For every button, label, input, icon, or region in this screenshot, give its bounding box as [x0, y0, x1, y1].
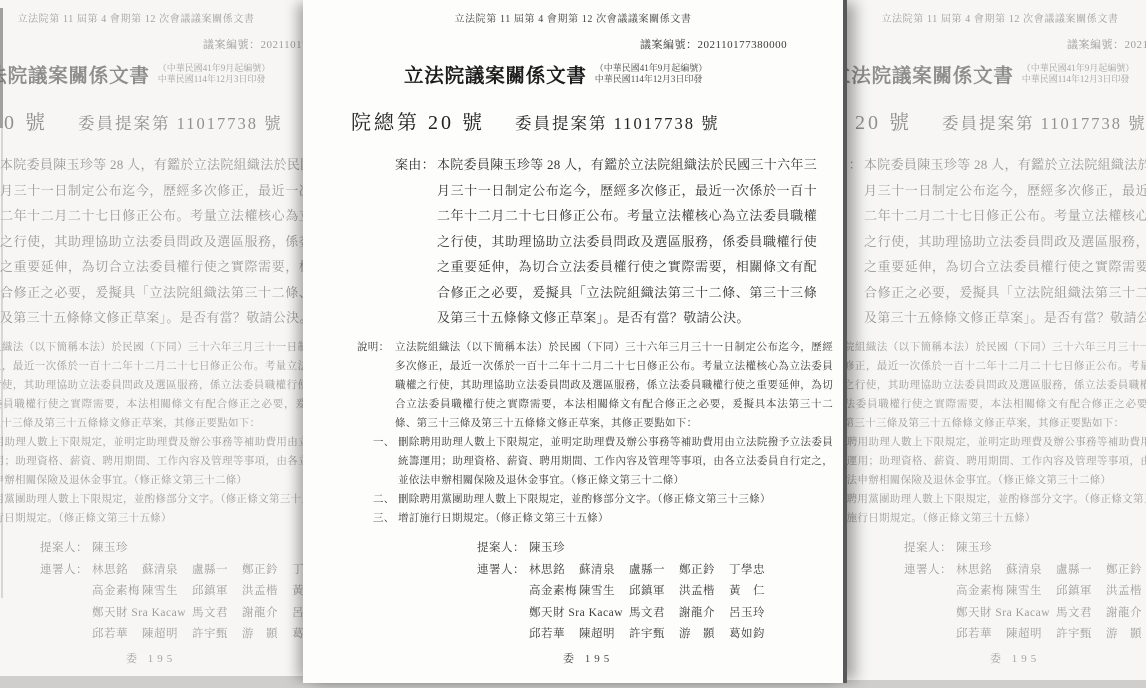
- description-paragraph: 說明： 立法院組織法（以下簡稱本法）於民國（下同）三十六年三月三十一日制定公布迄…: [357, 338, 833, 433]
- signer-name: 洪孟楷: [679, 581, 729, 603]
- signer-name: 蘇清泉: [579, 560, 629, 582]
- signer-name: 盧縣一: [629, 560, 679, 582]
- signer-name: 鄭天財 Sra Kacaw: [956, 603, 1056, 625]
- proposer-line: 提案人： 陳玉珍: [904, 538, 1146, 560]
- cosigner-row: 林思銘蘇清泉盧縣一鄭正鈐丁學忠: [529, 560, 779, 582]
- signer-name: 鄭天財 Sra Kacaw: [92, 603, 192, 625]
- signature-section: 提案人： 陳玉珍 連署人： 林思銘蘇清泉盧縣一鄭正鈐丁學忠高金素梅陳雪生邱鎮軍洪…: [477, 538, 779, 646]
- docket-number: 院總第 20 號: [351, 112, 485, 134]
- signer-name: 邱若華: [92, 624, 142, 646]
- signer-name: 游 顥: [1106, 624, 1146, 646]
- proposal-number: 委員提案第 11017738 號: [78, 114, 283, 133]
- document-page-content: 立法院第 11 屆第 4 會期第 12 次會議議案關係文書 議案編號：20211…: [303, 0, 843, 683]
- signer-name: 邱若華: [956, 624, 1006, 646]
- document-title: 立法院議案關係文書: [831, 60, 1014, 88]
- signer-name: 許宇甄: [629, 624, 679, 646]
- signer-name: 邱鎮軍: [629, 581, 679, 603]
- signer-name: 林思銘: [529, 560, 579, 582]
- title-note: （中華民國41年9月起編號） 中華民國114年12月3日印發: [158, 63, 271, 85]
- description-text: 立法院組織法（以下簡稱本法）於民國（下同）三十六年三月三十一日制定公布迄今，歷經…: [822, 338, 1146, 433]
- point-item: 三、增訂施行日期規定。（修正條文第三十五條）: [357, 509, 833, 528]
- signature-section: 提案人： 陳玉珍 連署人： 林思銘蘇清泉盧縣一鄭正鈐丁學忠高金素梅陳雪生邱鎮軍洪…: [40, 538, 342, 646]
- title-note-line2: 中華民國114年12月3日印發: [595, 74, 708, 85]
- signer-name: 謝龍介: [1106, 603, 1146, 625]
- cosigners-line: 連署人： 林思銘蘇清泉盧縣一鄭正鈐丁學忠高金素梅陳雪生邱鎮軍洪孟楷黃 仁鄭天財 …: [904, 560, 1146, 646]
- signer-name: 謝龍介: [242, 603, 292, 625]
- case-label: 案由：: [395, 152, 435, 178]
- proposer-label: 提案人：: [904, 538, 956, 560]
- cosigners-grid: 林思銘蘇清泉盧縣一鄭正鈐丁學忠高金素梅陳雪生邱鎮軍洪孟楷黃 仁鄭天財 Sra K…: [529, 560, 779, 646]
- signer-name: 呂玉玲: [729, 603, 779, 625]
- points-list: 一、刪除聘用助理人數上下限規定，並明定助理費及辦公事務等補助費用由立法院撥予立法…: [357, 433, 833, 528]
- signer-name: 鄭正鈐: [679, 560, 729, 582]
- signer-name: 林思銘: [92, 560, 142, 582]
- point-text: 刪除聘用助理人數上下限規定，並明定助理費及辦公事務等補助費用由立法院撥予立法委員…: [825, 433, 1146, 490]
- signer-name: 游 顥: [679, 624, 729, 646]
- signer-name: 邱鎮軍: [1056, 581, 1106, 603]
- title-note: （中華民國41年9月起編號） 中華民國114年12月3日印發: [1022, 63, 1135, 85]
- cosigner-row: 林思銘蘇清泉盧縣一鄭正鈐丁學忠: [956, 560, 1146, 582]
- page-footer: 委 195: [126, 650, 176, 666]
- point-item: 二、刪除聘用黨團助理人數上下限規定，並酌修部分文字。（修正條文第三十三條）: [357, 490, 833, 509]
- page-footer: 委 195: [563, 650, 613, 666]
- point-text: 增訂施行日期規定。（修正條文第三十五條）: [825, 509, 1146, 528]
- signer-name: 高金素梅: [956, 581, 1006, 603]
- proposer-name: 陳玉珍: [92, 538, 128, 560]
- title-note-line1: （中華民國41年9月起編號）: [158, 63, 271, 74]
- case-text: 本院委員陳玉珍等 28 人，有鑑於立法院組織法於民國三十六年三月三十一日制定公布…: [437, 152, 817, 331]
- description-text: 立法院組織法（以下簡稱本法）於民國（下同）三十六年三月三十一日制定公布迄今，歷經…: [395, 338, 833, 433]
- title-note-line1: （中華民國41年9月起編號）: [595, 63, 708, 74]
- signer-name: 盧縣一: [192, 560, 242, 582]
- cosigners-grid: 林思銘蘇清泉盧縣一鄭正鈐丁學忠高金素梅陳雪生邱鎮軍洪孟楷黃 仁鄭天財 Sra K…: [956, 560, 1146, 646]
- signer-name: 陳超明: [1006, 624, 1056, 646]
- point-text: 刪除聘用黨團助理人數上下限規定，並酌修部分文字。（修正條文第三十三條）: [398, 490, 833, 509]
- signature-section: 提案人： 陳玉珍 連署人： 林思銘蘇清泉盧縣一鄭正鈐丁學忠高金素梅陳雪生邱鎮軍洪…: [904, 538, 1146, 646]
- proposer-label: 提案人：: [40, 538, 92, 560]
- title-row: 立法院議案關係文書 （中華民國41年9月起編號） 中華民國114年12月3日印發: [831, 60, 1134, 88]
- proposal-number: 委員提案第 11017738 號: [515, 114, 720, 133]
- point-item: 一、刪除聘用助理人數上下限規定，並明定助理費及辦公事務等補助費用由立法院撥予立法…: [357, 433, 833, 490]
- signer-name: 陳雪生: [579, 581, 629, 603]
- signer-name: 蘇清泉: [142, 560, 192, 582]
- stack-edge-mark: [0, 8, 3, 128]
- docket-row: 院總第 20 號 委員提案第 11017738 號: [351, 106, 720, 135]
- title-note-line2: 中華民國114年12月3日印發: [1022, 74, 1135, 85]
- document-title: 立法院議案關係文書: [0, 60, 150, 88]
- signer-name: 馬文君: [1056, 603, 1106, 625]
- signer-name: 許宇甄: [192, 624, 242, 646]
- point-text: 刪除聘用黨團助理人數上下限規定，並酌修部分文字。（修正條文第三十三條）: [825, 490, 1146, 509]
- signer-name: 高金素梅: [529, 581, 579, 603]
- signer-name: 邱鎮軍: [192, 581, 242, 603]
- signer-name: 葛如鈞: [729, 624, 779, 646]
- signer-name: 游 顥: [242, 624, 292, 646]
- page-current: 立法院第 11 屆第 4 會期第 12 次會議議案關係文書 議案編號：20211…: [303, 0, 847, 683]
- signer-name: 洪孟楷: [242, 581, 292, 603]
- cosigner-row: 邱若華陳超明許宇甄游 顥葛如鈞: [529, 624, 779, 646]
- signer-name: 鄭正鈐: [242, 560, 292, 582]
- signer-name: 馬文君: [192, 603, 242, 625]
- proposal-number: 委員提案第 11017738 號: [942, 114, 1146, 133]
- case-text: 本院委員陳玉珍等 28 人，有鑑於立法院組織法於民國三十六年三月三十一日制定公布…: [864, 152, 1146, 331]
- title-note-line2: 中華民國114年12月3日印發: [158, 74, 271, 85]
- bill-number: 議案編號：202110177380000: [1067, 36, 1146, 52]
- signer-name: 邱若華: [529, 624, 579, 646]
- signer-name: 洪孟楷: [1106, 581, 1146, 603]
- cosigner-row: 鄭天財 Sra Kacaw馬文君謝龍介呂玉玲: [529, 603, 779, 625]
- cosigner-row: 邱若華陳超明許宇甄游 顥葛如鈞: [956, 624, 1146, 646]
- signer-name: 丁學忠: [729, 560, 779, 582]
- cosigner-row: 高金素梅陳雪生邱鎮軍洪孟楷黃 仁: [529, 581, 779, 603]
- point-text: 增訂施行日期規定。（修正條文第三十五條）: [398, 509, 833, 528]
- point-number: 三、: [373, 509, 398, 528]
- cosigners-line: 連署人： 林思銘蘇清泉盧縣一鄭正鈐丁學忠高金素梅陳雪生邱鎮軍洪孟楷黃 仁鄭天財 …: [40, 560, 342, 646]
- docket-row: 院總第 20 號 委員提案第 11017738 號: [0, 106, 283, 135]
- cosigner-row: 鄭天財 Sra Kacaw馬文君謝龍介呂玉玲: [956, 603, 1146, 625]
- signer-name: 黃 仁: [729, 581, 779, 603]
- description-section: 說明： 立法院組織法（以下簡稱本法）於民國（下同）三十六年三月三十一日制定公布迄…: [357, 338, 833, 528]
- signer-name: 蘇清泉: [1006, 560, 1056, 582]
- signer-name: 盧縣一: [1056, 560, 1106, 582]
- signer-name: 許宇甄: [1056, 624, 1106, 646]
- session-header: 立法院第 11 屆第 4 會期第 12 次會議議案關係文書: [303, 10, 843, 25]
- signer-name: 鄭天財 Sra Kacaw: [529, 603, 629, 625]
- title-row: 立法院議案關係文書 （中華民國41年9月起編號） 中華民國114年12月3日印發: [0, 60, 270, 88]
- signer-name: 陳超明: [142, 624, 192, 646]
- docket-number: 院總第 20 號: [0, 112, 48, 134]
- signer-name: 高金素梅: [92, 581, 142, 603]
- title-row: 立法院議案關係文書 （中華民國41年9月起編號） 中華民國114年12月3日印發: [404, 60, 707, 88]
- cosigners-label: 連署人：: [477, 560, 529, 646]
- proposer-label: 提案人：: [477, 538, 529, 560]
- point-text: 刪除聘用助理人數上下限規定，並明定助理費及辦公事務等補助費用由立法院撥予立法委員…: [398, 433, 833, 490]
- cosigner-row: 高金素梅陳雪生邱鎮軍洪孟楷黃 仁: [956, 581, 1146, 603]
- signer-name: 陳雪生: [142, 581, 192, 603]
- proposer-line: 提案人： 陳玉珍: [477, 538, 779, 560]
- cosigners-line: 連署人： 林思銘蘇清泉盧縣一鄭正鈐丁學忠高金素梅陳雪生邱鎮軍洪孟楷黃 仁鄭天財 …: [477, 560, 779, 646]
- description-label: 說明：: [357, 338, 389, 357]
- signer-name: 馬文君: [629, 603, 679, 625]
- point-number: 一、: [373, 433, 398, 490]
- stack-edge-line: [1, 128, 3, 598]
- document-title: 立法院議案關係文書: [404, 60, 587, 88]
- case-section: 案由： 本院委員陳玉珍等 28 人，有鑑於立法院組織法於民國三十六年三月三十一日…: [395, 152, 817, 331]
- proposer-name: 陳玉珍: [529, 538, 565, 560]
- signer-name: 陳超明: [579, 624, 629, 646]
- case-section: 案由： 本院委員陳玉珍等 28 人，有鑑於立法院組織法於民國三十六年三月三十一日…: [822, 152, 1146, 331]
- proposer-name: 陳玉珍: [956, 538, 992, 560]
- signer-name: 林思銘: [956, 560, 1006, 582]
- cosigners-label: 連署人：: [40, 560, 92, 646]
- signer-name: 陳雪生: [1006, 581, 1056, 603]
- title-note-line1: （中華民國41年9月起編號）: [1022, 63, 1135, 74]
- bill-number: 議案編號：202110177380000: [640, 36, 787, 52]
- cosigners-label: 連署人：: [904, 560, 956, 646]
- point-number: 二、: [373, 490, 398, 509]
- page-footer: 委 195: [990, 650, 1040, 666]
- proposer-line: 提案人： 陳玉珍: [40, 538, 342, 560]
- signer-name: 鄭正鈐: [1106, 560, 1146, 582]
- title-note: （中華民國41年9月起編號） 中華民國114年12月3日印發: [595, 63, 708, 85]
- signer-name: 謝龍介: [679, 603, 729, 625]
- document-viewer: 立法院第 11 屆第 4 會期第 12 次會議議案關係文書 議案編號：20211…: [0, 0, 1146, 688]
